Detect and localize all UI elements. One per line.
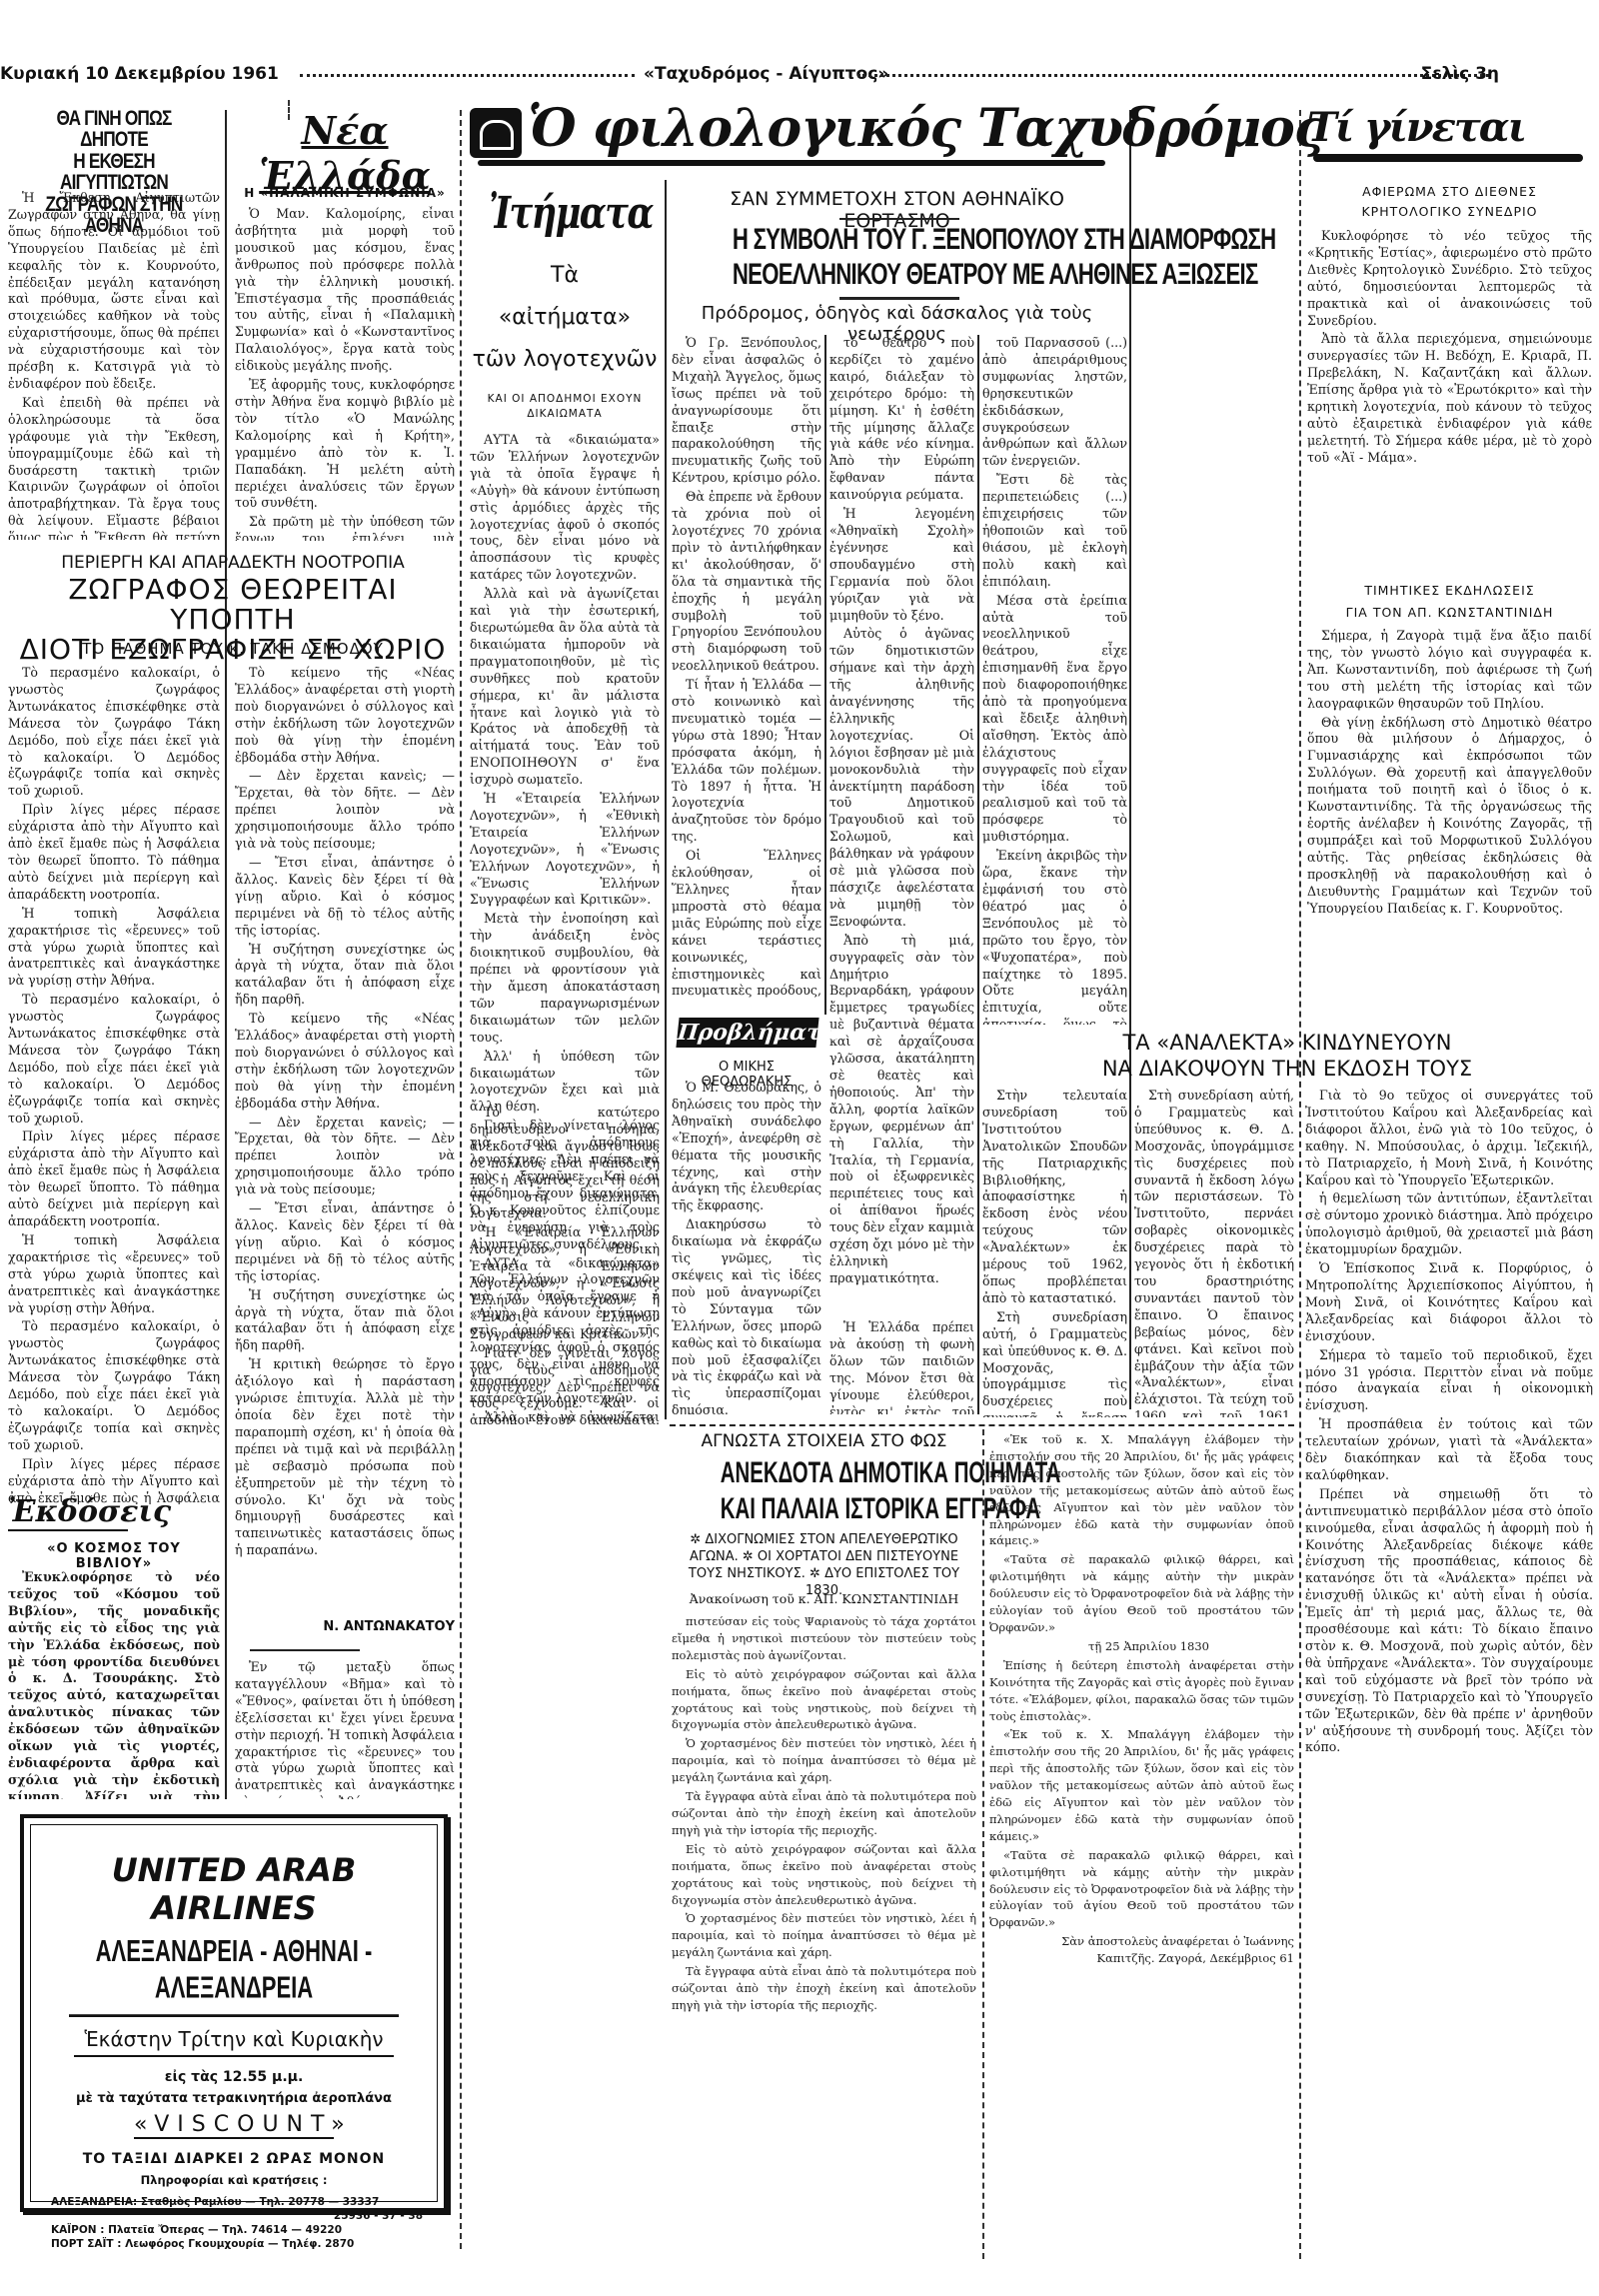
- exhibition-body: Ἡ Ἔκθεση Αἰγυπτιωτῶν Ζωγράφων στὴν Ἀθήνα…: [8, 190, 220, 540]
- column-rule: [1299, 110, 1301, 2259]
- honors-title: ΤΙΜΗΤΙΚΕΣ ΕΚΔΗΛΩΣΕΙΣ ΓΙΑ ΤΟΝ ΑΠ. ΚΩΝΣΤΑΝ…: [1307, 580, 1592, 624]
- ad-info: Πληροφορίαι καὶ κρατήσεις :: [31, 2173, 437, 2187]
- cretological-body: Κυκλοφόρησε τὸ νέο τεῦχος τῆς «Κρητικῆς …: [1307, 228, 1592, 568]
- cretological-title: ΑΦΙΕΡΩΜΑ ΣΤΟ ΔΙΕΘΝΕΣ ΚΡΗΤΟΛΟΓΙΚΟ ΣΥΝΕΔΡΙ…: [1307, 182, 1592, 222]
- aitimata-label: Ἰτήματα: [489, 188, 641, 239]
- aitimata-title: Τὰ «αἰτήματα» τῶν λογοτεχνῶν: [470, 255, 660, 381]
- documents-headline: ΑΝΕΚΔΟΤΑ ΔΗΜΟΤΙΚΑ ΠΟΙΗΜΑΤΑ ΚΑΙ ΠΑΛΑΙΑ ΙΣ…: [672, 1455, 976, 1527]
- masthead-dots-left: [300, 74, 635, 77]
- column-rule: [824, 335, 826, 1015]
- aitimata-body-2: Τὸ κατώτερο δημοσιευόμενο πόνημα, ἀνέκδο…: [470, 1105, 660, 1424]
- ad-route: ΑΛΕΞΑΝΔΡΕΙΑ - ΑΘΗΝΑΙ - ΑΛΕΞΑΝΔΡΕΙΑ: [69, 1933, 399, 2017]
- painter-subhead: ΤΟ ΠΑΘΗΜΑ ΤΟΥ κ. ΤΑΚΗ ΔΕΜΟΔΟΥ: [8, 640, 458, 658]
- publications-body: Ἐκυκλοφόρησε τὸ νέο τεῦχος τοῦ «Κόσμου τ…: [8, 1569, 220, 1799]
- nea-ellada-logo: Νέα Ἑλλάδα: [235, 108, 455, 168]
- painter-body-continued: Τὸ κείμενο τῆς «Νέας Ἑλλάδος» ἀναφέρεται…: [235, 665, 455, 1594]
- page-number: Σελὶς 3η: [1421, 64, 1499, 84]
- analekta-headline: ΤΑ «ΑΝΑΛΕΚΤΑ» ΚΙΝΔΥΝΕΥΟΥΝ ΝΑ ΔΙΑΚΟΨΟΥΝ Τ…: [982, 1030, 1592, 1082]
- painter-kicker: ΠΕΡΙΕΡΓΗ ΚΑΙ ΑΠΑΡΑΔΕΚΤΗ ΝΟΟΤΡΟΠΙΑ: [8, 553, 458, 573]
- logo-text: Τί γίνεται: [1307, 104, 1592, 151]
- ad-contact-row: ΑΛΕΞΑΝΔΡΕΙΑ: Σταθμὸς Ραμλίου — Τηλ. 2077…: [51, 2195, 423, 2209]
- problems-body: Ὁ Μ. Θεοδωράκης, ὁ δηλώσεις του πρὸς τὴν…: [672, 1080, 821, 1414]
- ad-plane-line: μὲ τὰ ταχύτατα τετρακινητήρια ἀεροπλάνα: [31, 2091, 437, 2106]
- exhibition-headline: Η ΕΚΘΕΣΗ ΑΙΓΥΠΤΙΩΤΩΝ: [27, 151, 201, 194]
- divider: [250, 1649, 360, 1651]
- documents-byline: Ἀνακοίνωση τοῦ κ. ΑΠ. ΚΩΝΣΤΑΝΤΙΝΙΔΗ: [672, 1591, 976, 1606]
- ad-days: Ἑκάστην Τρίτην καὶ Κυριακὴν: [74, 2027, 394, 2057]
- masthead-dots-right: [857, 74, 1489, 77]
- palamiki-title: Η «ΠΑΛΑΜΙΚΗ ΣΥΜΦΩΝΙΑ»: [235, 186, 455, 200]
- problems-label-box: Προβλήματα: [676, 1018, 818, 1048]
- ad-contact-extra: 25936 - 37 - 38: [51, 2209, 423, 2223]
- ad-contact-row: ΚΑΪΡΟΝ : Πλατεῖα Ὄπερας — Τηλ. 74614 — 4…: [51, 2223, 423, 2237]
- analekta-col-b: Στὴ συνεδρίαση αὐτή, ὁ Γραμματεὺς καὶ ὑπ…: [1134, 1088, 1294, 1417]
- ad-time: εἰς τὰς 12.55 μ.μ.: [31, 2069, 437, 2085]
- xenopoulos-col-a: Ὁ Γρ. Ξενόπουλος, δὲν εἶναι ἀσφαλῶς ὁ Μι…: [672, 335, 821, 1000]
- aitimata-kicker: ΚΑΙ ΟΙ ΑΠΟΔΗΜΟΙ ΕΧΟΥΝ ΔΙΚΑΙΩΜΑΤΑ: [470, 392, 660, 422]
- documents-col-b: «Ἐκ τοῦ κ. Χ. Μπαλάγγη ἐλάβομεν τὴν ἐπισ…: [989, 1431, 1294, 2261]
- masthead: Κυριακή 10 Δεκεμβρίου 1961 «Ταχυδρόμος -…: [0, 62, 1599, 90]
- column-rule: [1129, 110, 1131, 1409]
- banner-underline: [478, 160, 1105, 166]
- honors-body: Σήμερα, ἡ Ζαγορὰ τιμᾷ ἕνα ἄξιο παιδί της…: [1307, 628, 1592, 973]
- publications-subtitle: «Ο ΚΟΣΜΟΣ ΤΟΥ ΒΙΒΛΙΟΥ»: [8, 1541, 220, 1571]
- ti-ginetai-logo: Τί γίνεται: [1307, 104, 1592, 164]
- palamiki-body: Ὁ Μαν. Καλομοίρης, εἶναι ἀσβήτητα μιὰ μο…: [235, 206, 455, 541]
- divider: [839, 218, 959, 220]
- column-rule: [665, 180, 667, 1419]
- literary-post-banner: Ὁ φιλολογικός Ταχυδρόμος: [470, 104, 1109, 170]
- airline-advertisement: UNITED ARAB AIRLINES ΑΛΕΞΑΝΔΡΕΙΑ - ΑΘΗΝΑ…: [20, 1814, 448, 2212]
- signature: Ν. ΑΝΤΩΝΑΚΑΤΟΥ: [235, 1619, 455, 1634]
- column-rule: [982, 1429, 984, 2259]
- paper-name: «Ταχυδρόμος - Αίγυπτος»: [644, 64, 888, 84]
- issue-date: Κυριακή 10 Δεκεμβρίου 1961: [0, 64, 279, 84]
- painter-body: Τὸ περασμένο καλοκαίρι, ὁ γνωστὸς ζωγράφ…: [8, 665, 220, 1504]
- ad-brand: UNITED ARAB AIRLINES: [31, 1851, 437, 1927]
- ad-plane: «VISCOUNT»: [134, 2112, 334, 2139]
- mailbox-icon: [470, 108, 522, 158]
- problems-label: Προβλήματα: [676, 1018, 818, 1048]
- column-rule: [225, 110, 227, 1799]
- exhibition-headline: ΘΑ ΓΙΝΗ ΟΠΩΣ ΔΗΠΟΤΕ: [27, 108, 201, 151]
- analekta-col-c: Γιὰ τὸ 9ο τεῦχος οἱ συνεργάτες τοῦ Ἰνστι…: [1305, 1088, 1593, 2267]
- documents-bullets: ✲ ΔΙΧΟΓΝΩΜΙΕΣ ΣΤΟΝ ΑΠΕΛΕΥΘΕΡΩΤΙΚΟ ΑΓΩΝΑ.…: [672, 1531, 976, 1599]
- problems-body-2: Ἡ Ἑλλάδα πρέπει νὰ ἀκούσῃ τὴ φωνὴ ὅλων τ…: [829, 1319, 974, 1414]
- ad-contact-row: ΠΟΡΤ ΣΑΪΤ : Λεωφόρος Γκουμχουρία — Τηλέφ…: [51, 2237, 423, 2251]
- xenopoulos-col-b: τὸ θέατρο ποὺ κερδίζει τὸ χαμένο καιρό, …: [829, 335, 974, 1314]
- documents-kicker: ΑΓΝΩΣΤΑ ΣΤΟΙΧΕΙΑ ΣΤΟ ΦΩΣ: [672, 1431, 976, 1451]
- publications-section: Ἐκδόσεις «Ο ΚΟΣΜΟΣ ΤΟΥ ΒΙΒΛΙΟΥ»: [8, 1494, 220, 1571]
- xenopoulos-col-c: τοῦ Παρνασσοῦ (...) ἀπὸ ἀπειράριθμους συ…: [982, 335, 1127, 1025]
- logo-text: Νέα Ἑλλάδα: [235, 108, 455, 198]
- section-divider: [670, 1424, 1294, 1426]
- publications-title: Ἐκδόσεις: [8, 1494, 128, 1531]
- column-rule: [977, 335, 979, 1414]
- column-rule: [460, 110, 462, 2249]
- banner-title: Ὁ φιλολογικός Ταχυδρόμος: [528, 98, 1324, 159]
- analekta-col-a: Στὴν τελευταία συνεδρίαση τοῦ Ἰνστιτούτο…: [982, 1088, 1127, 1417]
- xenopoulos-headline: Η ΣΥΜΒΟΛΗ ΤΟΥ Γ. ΞΕΝΟΠΟΥΛΟΥ ΣΤΗ ΔΙΑΜΟΡΦΩ…: [675, 222, 1119, 292]
- painter-update: Ἐν τῷ μεταξὺ ὅπως καταγγέλλουν «Βῆμα» κα…: [235, 1659, 455, 1799]
- ad-duration: ΤΟ ΤΑΞΙΔΙ ΔΙΑΡΚΕΙ 2 ΩΡΑΣ ΜΟΝΟΝ: [31, 2151, 437, 2167]
- documents-col-a: πιστεύσαν εἰς τοὺς Ψαριανοὺς τὸ τάχα χορ…: [672, 1613, 976, 2263]
- divider: [839, 297, 959, 300]
- ad-contacts: ΑΛΕΞΑΝΔΡΕΙΑ: Σταθμὸς Ραμλίου — Τηλ. 2077…: [51, 2195, 423, 2251]
